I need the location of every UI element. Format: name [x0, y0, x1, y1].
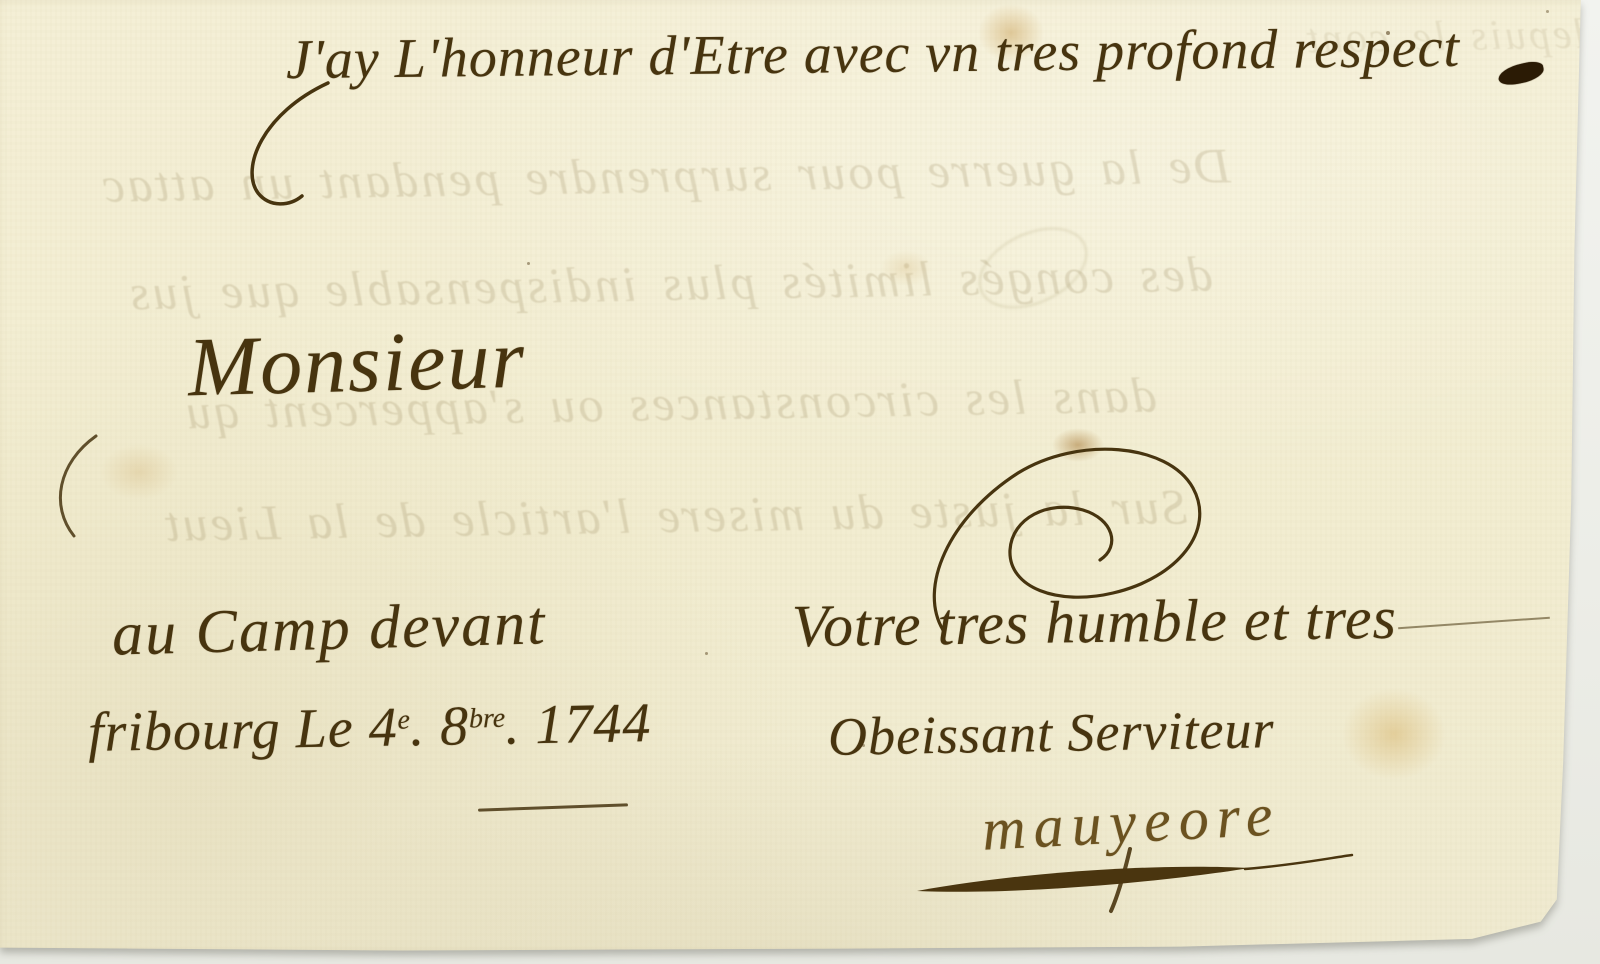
ghost-line: des congés limités plus indispensable qu…	[50, 247, 1291, 319]
salutation-line: Monsieur	[187, 318, 527, 411]
place-line: au Camp devant	[111, 592, 547, 665]
paper-stain	[1342, 688, 1446, 780]
date-superscript: bre	[469, 703, 506, 735]
ink-blot	[1497, 59, 1546, 87]
date-underline	[478, 803, 628, 811]
paper-wrapper: depuis le cont De la guerre pour surpren…	[0, 0, 1600, 964]
valediction-line-1: Votre tres humble et tres	[792, 588, 1398, 656]
date-part: . 1744	[505, 692, 652, 757]
closing-formula-line: J'ay L'honneur d'Etre avec vn tres profo…	[286, 20, 1461, 88]
date-part: fribourg Le 4	[88, 697, 399, 764]
paper-stain	[100, 444, 178, 500]
valediction-line-2: Obeissant Serviteur	[828, 702, 1275, 764]
pen-hairline	[1398, 617, 1550, 630]
opening-paren-flourish	[228, 78, 343, 208]
ink-speck	[527, 262, 530, 265]
date-superscript: e	[397, 705, 410, 736]
signature: mauyeore	[981, 784, 1282, 860]
ghost-flourish-ring	[965, 211, 1101, 325]
letter-page: depuis le cont De la guerre pour surpren…	[0, 0, 1600, 964]
ink-speck	[705, 652, 708, 655]
signature-underline-flourish	[905, 845, 1355, 915]
scan-background: depuis le cont De la guerre pour surpren…	[0, 0, 1600, 964]
date-line: fribourg Le 4e. 8bre. 1744	[88, 695, 652, 761]
ink-speck	[1546, 10, 1549, 13]
left-margin-pen-mark	[38, 428, 108, 543]
date-part: . 8	[410, 695, 470, 758]
